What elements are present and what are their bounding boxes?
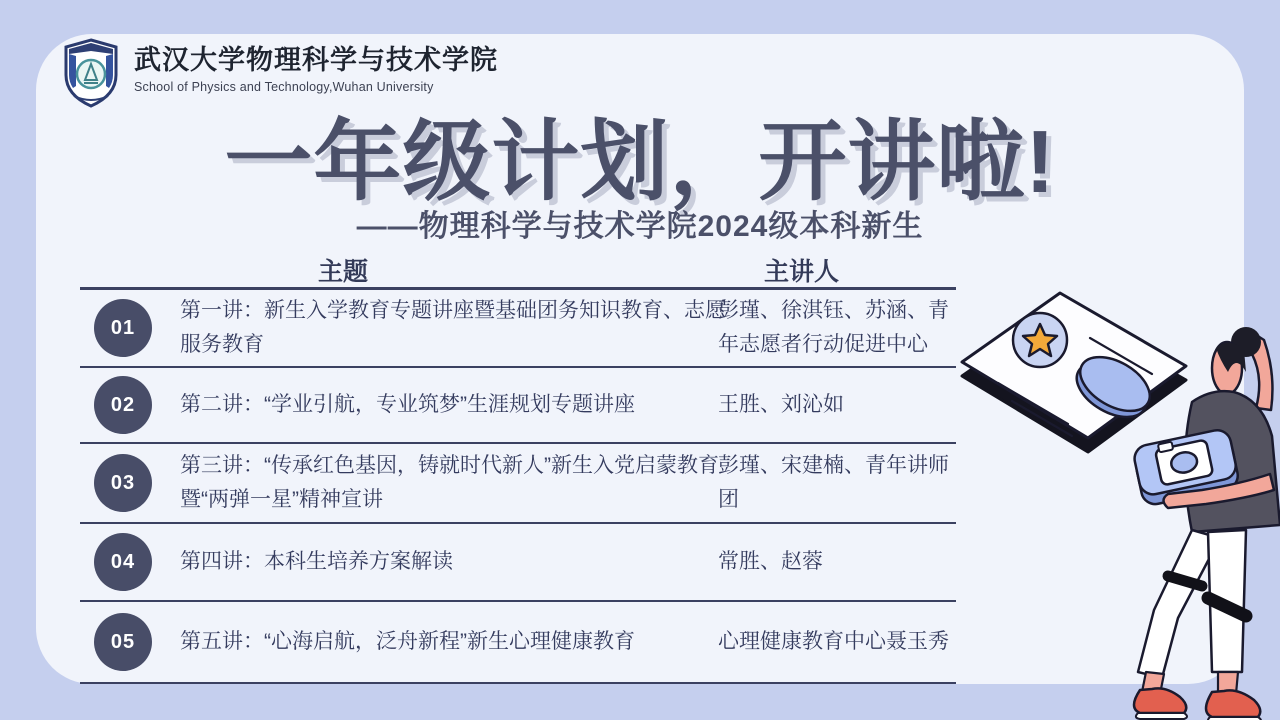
lecture-topic: 第二讲：“学业引航，专业筑梦”生涯规划专题讲座 [180,388,732,422]
lecture-topic: 第三讲：“传承红色基因，铸就时代新人”新生入党启蒙教育暨“两弹一星”精神宣讲 [180,449,732,517]
row-number-badge: 02 [94,376,152,434]
lecture-table: 主题 主讲人 01 第一讲：新生入学教育专题讲座暨基础团务知识教育、志愿服务教育… [80,248,956,684]
table-row: 01 第一讲：新生入学教育专题讲座暨基础团务知识教育、志愿服务教育 彭瑾、徐淇钰… [80,290,956,368]
row-number-badge: 03 [94,454,152,512]
org-names: 武汉大学物理科学与技术学院 School of Physics and Tech… [134,38,498,94]
person-shoe [1206,690,1260,717]
table-row: 02 第二讲：“学业引航，专业筑梦”生涯规划专题讲座 王胜、刘沁如 [80,368,956,444]
decorative-illustration [940,280,1280,720]
table-row: 05 第五讲：“心海启航，泛舟新程”新生心理健康教育 心理健康教育中心聂玉秀 [80,602,956,684]
column-header-speaker: 主讲人 [764,252,839,288]
lecture-speaker: 常胜、赵蓉 [718,545,968,579]
row-number-badge: 01 [94,299,152,357]
slide-subtitle: ——物理科学与技术学院2024级本科新生 [36,201,1244,245]
column-header-topic: 主题 [318,252,368,288]
lecture-topic: 第五讲：“心海启航，泛舟新程”新生心理健康教育 [180,625,732,659]
lecture-speaker: 彭瑾、宋建楠、青年讲师团 [718,449,968,517]
lecture-speaker: 心理健康教育中心聂玉秀 [718,625,968,659]
table-row: 04 第四讲：本科生培养方案解读 常胜、赵蓉 [80,524,956,602]
row-number-badge: 05 [94,613,152,671]
table-row: 03 第三讲：“传承红色基因，铸就时代新人”新生入党启蒙教育暨“两弹一星”精神宣… [80,444,956,524]
org-name-cn: 武汉大学物理科学与技术学院 [134,46,498,76]
lecture-topic: 第一讲：新生入学教育专题讲座暨基础团务知识教育、志愿服务教育 [180,294,732,362]
slide: 武汉大学物理科学与技术学院 School of Physics and Tech… [0,0,1280,720]
certificate-card-illustration [962,293,1186,452]
slide-title: 一年级计划，开讲啦! [36,92,1244,218]
table-header: 主题 主讲人 [80,248,956,290]
lecture-speaker: 王胜、刘沁如 [718,388,968,422]
lecture-topic: 第四讲：本科生培养方案解读 [180,545,732,579]
row-number-badge: 04 [94,533,152,591]
person-shoe [1134,688,1186,713]
lecture-speaker: 彭瑾、徐淇钰、苏涵、青年志愿者行动促进中心 [718,294,968,362]
